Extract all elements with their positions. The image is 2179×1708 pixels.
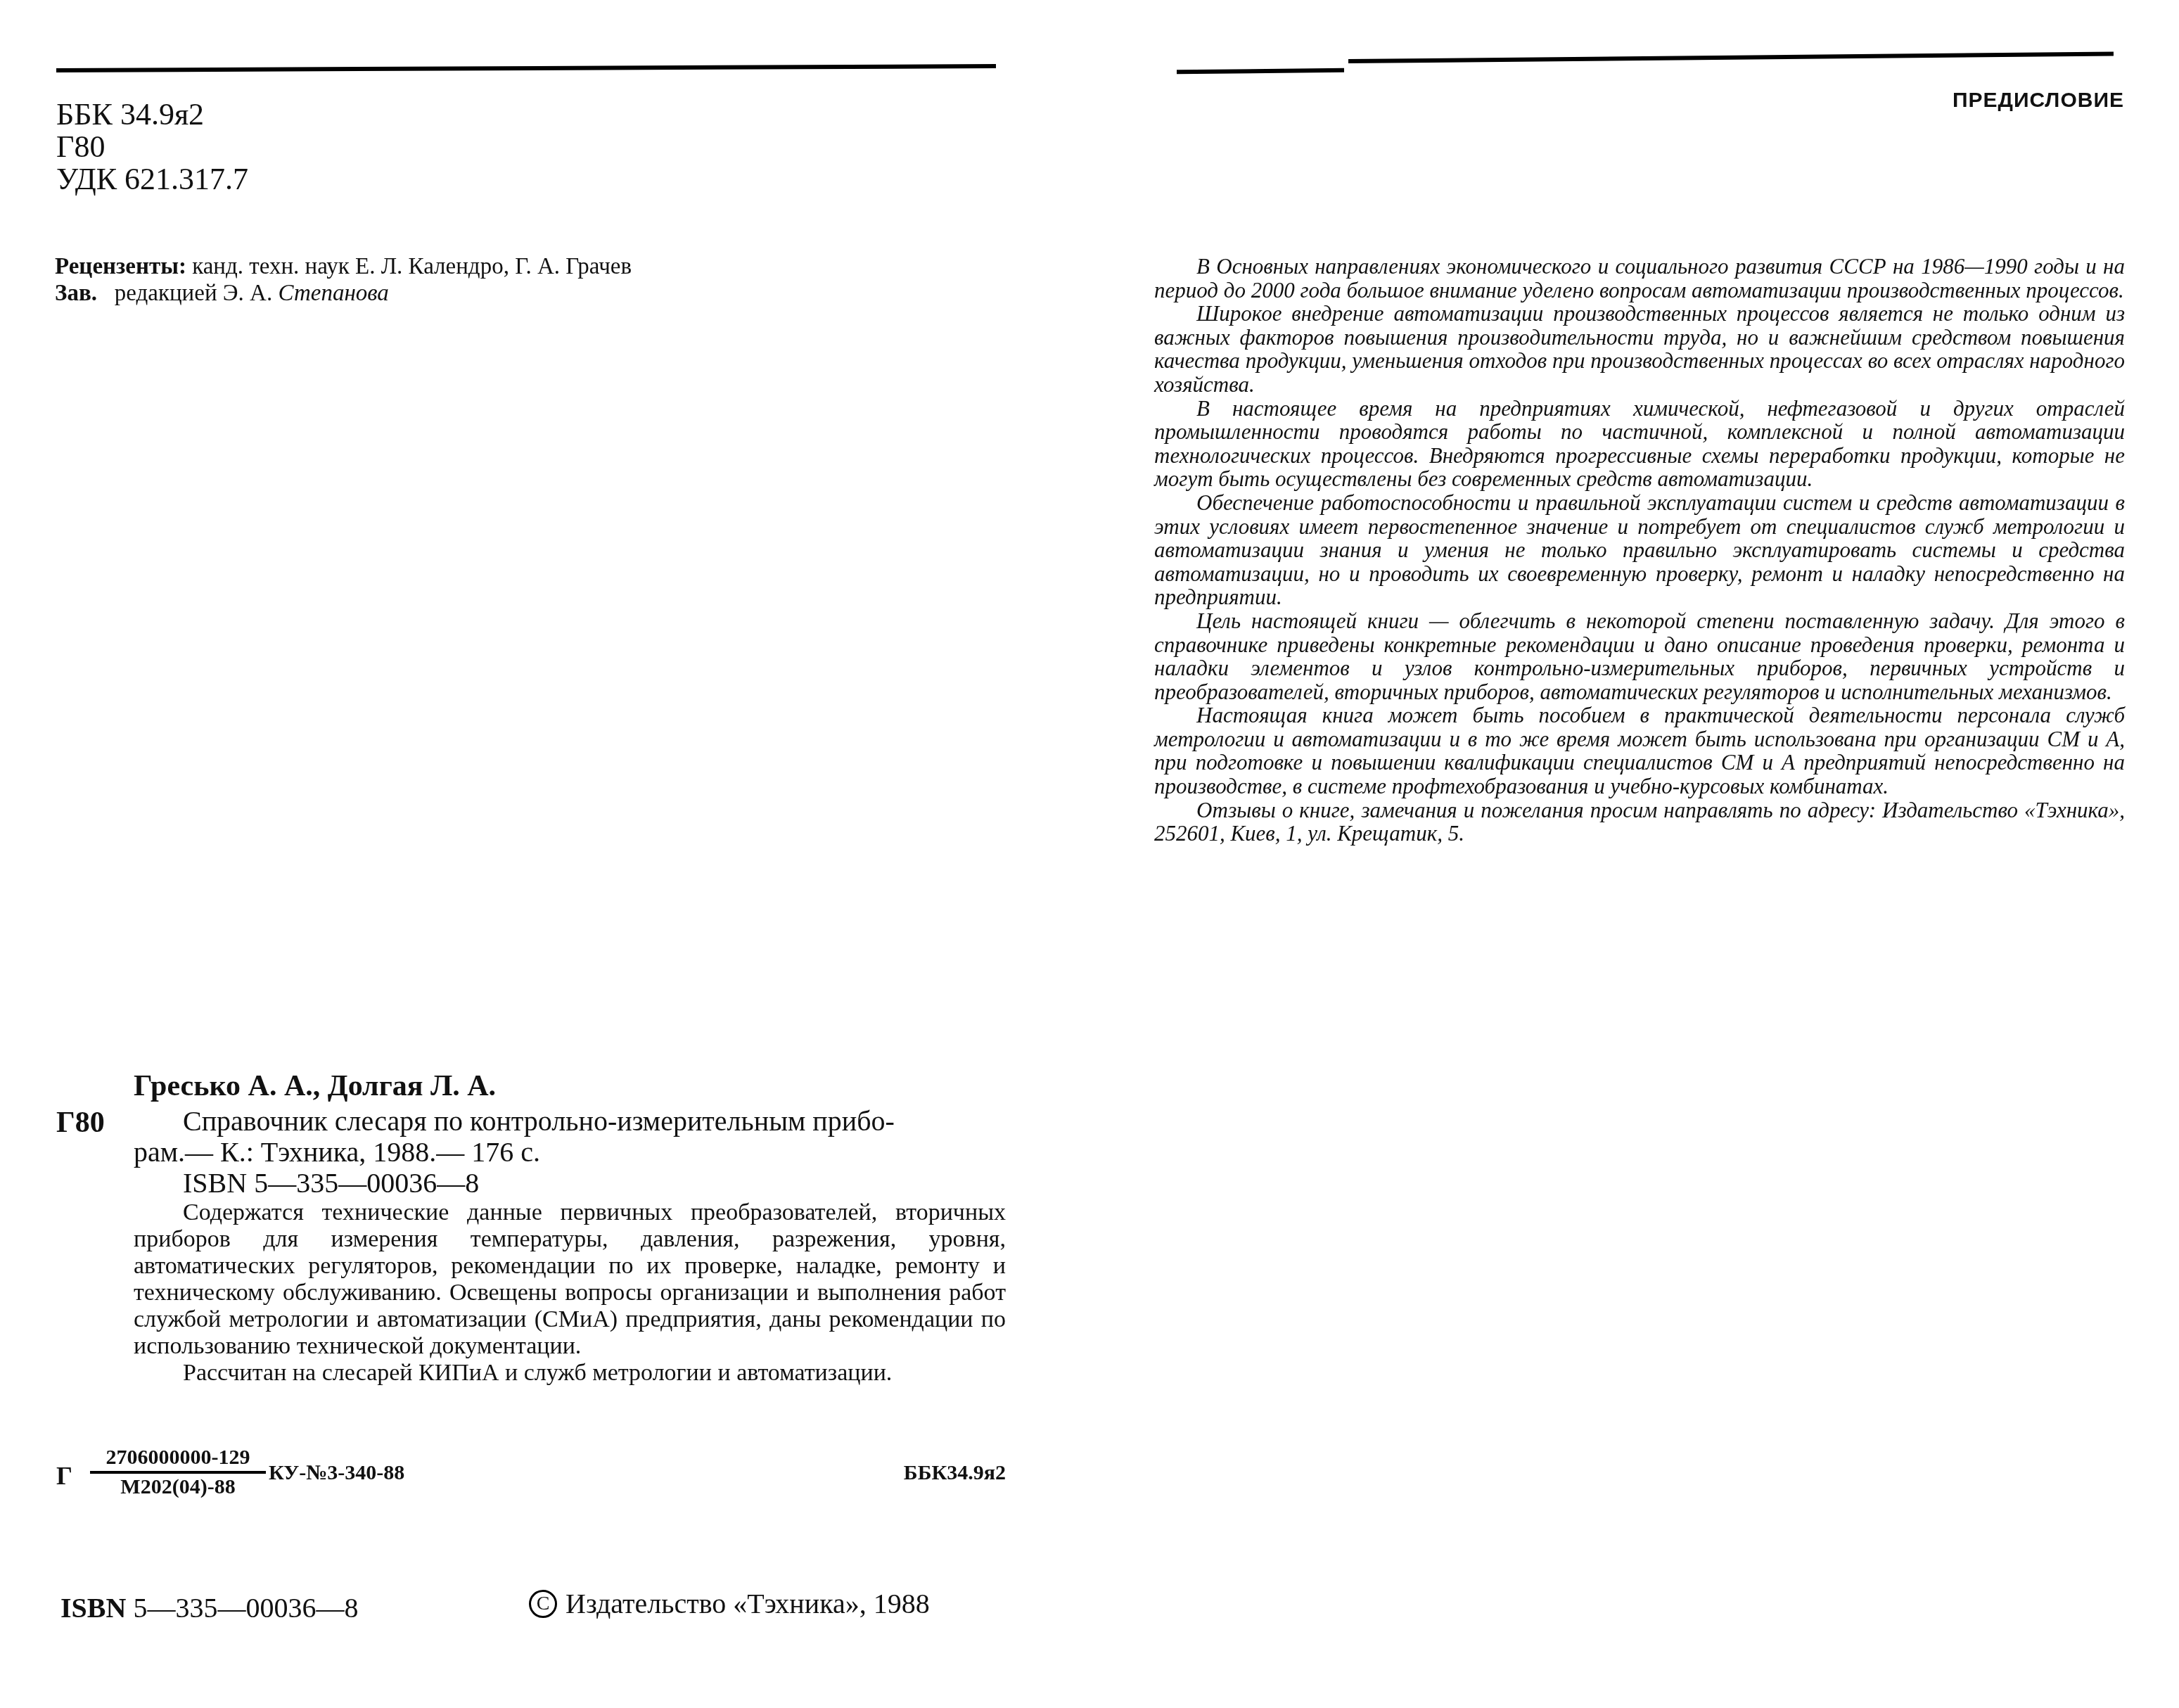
udk-code: УДК 621.317.7 [56,163,248,196]
classification-codes: ББК 34.9я2 Г80 УДК 621.317.7 [56,98,248,196]
left-page: ББК 34.9я2 Г80 УДК 621.317.7 Рецензенты:… [0,0,1089,1708]
bib-title-line-1: Справочник слесаря по контрольно-измерит… [134,1106,1006,1137]
preface-body: В Основных направлениях экономического и… [1154,255,2125,846]
reviewers-text: канд. техн. наук Е. Л. Календро, Г. А. Г… [192,254,632,279]
preface-paragraph: Отзывы о книге, замечания и пожелания пр… [1154,798,2125,846]
classification-letter: Г [56,1461,72,1491]
ku-number: КУ-№3-340-88 [269,1461,404,1485]
abstract-paragraph: Содержатся технические данные первичных … [134,1199,1006,1360]
preface-paragraph: Обеспечение работоспособности и правильн… [1154,491,2125,609]
top-rule-segment-2 [1348,52,2114,63]
preface-paragraph: Широкое внедрение автоматизации производ… [1154,302,2125,396]
preface-paragraph: Настоящая книга может быть пособием в пр… [1154,703,2125,798]
classification-row: Г 2706000000-129 М202(04)-88 КУ-№3-340-8… [56,1446,1006,1502]
top-rule [56,64,996,72]
abstract-paragraph: Рассчитан на слесарей КИПиА и служб метр… [134,1360,1006,1387]
fraction-numerator: 2706000000-129 [90,1446,266,1474]
right-page: ПРЕДИСЛОВИЕ В Основных направлениях экон… [1089,0,2179,1708]
editor-text: редакцией Э. А. [115,281,272,306]
bbk-code: ББК 34.9я2 [56,98,248,131]
bibliographic-entry: Справочник слесаря по контрольно-измерит… [134,1106,1006,1199]
reviewers-label: Рецензенты: [55,254,186,279]
copyright-line: C Издательство «Тэхника», 1988 [529,1587,930,1620]
bib-isbn: ISBN 5—335—00036—8 [134,1168,1006,1199]
fraction-denominator: М202(04)-88 [90,1474,266,1499]
isbn-label: ISBN [60,1592,126,1624]
top-rule-segment-1 [1177,68,1344,74]
reviewers-block: Рецензенты: канд. техн. наук Е. Л. Кален… [55,253,632,307]
preface-paragraph: В Основных направлениях экономического и… [1154,255,2125,302]
copyright-text: Издательство «Тэхника», 1988 [565,1587,930,1620]
editor-label: Зав. [55,281,97,306]
abstract: Содержатся технические данные первичных … [134,1199,1006,1387]
classification-fraction: 2706000000-129 М202(04)-88 [90,1446,266,1499]
copyright-icon: C [529,1590,557,1618]
footer-isbn: ISBN 5—335—00036—8 [60,1591,358,1624]
isbn-number: 5—335—00036—8 [133,1592,358,1624]
page-title: ПРЕДИСЛОВИЕ [1953,89,2124,113]
author-mark: Г80 [56,131,248,163]
preface-paragraph: Цель настоящей книги — облегчить в некот… [1154,609,2125,703]
bib-title-line-2: рам.— К.: Тэхника, 1988.— 176 с. [134,1137,1006,1168]
preface-paragraph: В настоящее время на предприятиях химиче… [1154,397,2125,491]
bib-author-mark: Г80 [56,1106,105,1140]
editor-name: Степанова [278,281,388,306]
bbk-code-bottom: ББК34.9я2 [904,1461,1006,1485]
book-authors: Гресько А. А., Долгая Л. А. [134,1069,496,1103]
